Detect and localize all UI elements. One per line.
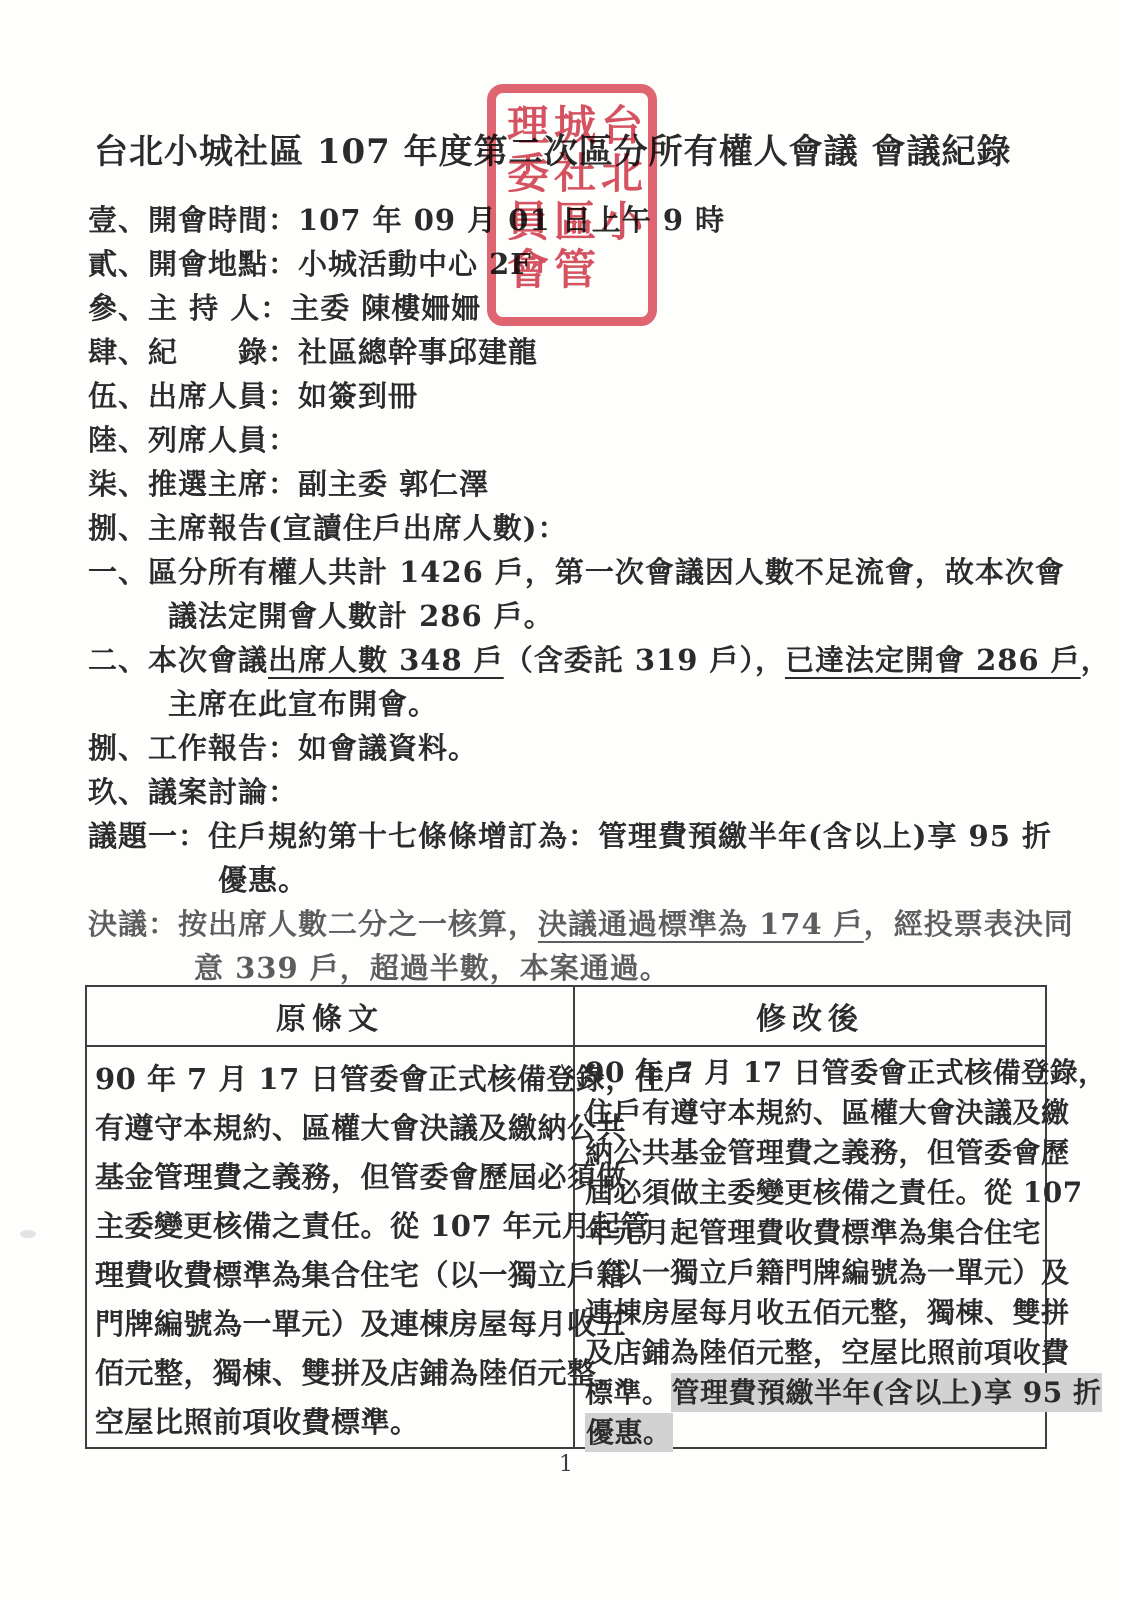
line-owner-count-1: 一、區分所有權人共計 1426 戶，第一次會議因人數不足流會，故本次會 (88, 550, 1063, 594)
line-chairperson: 參、主 持 人：主委 陳樓姍姍 (88, 286, 1063, 330)
line-owner-count-2: 議法定開會人數計 286 戶。 (88, 594, 1063, 638)
underlined-pass-threshold: 決議通過標準為 174 戶 (538, 907, 864, 941)
line-resolution-2: 意 339 戶，超過半數，本案通過。 (88, 946, 1063, 990)
line-attendance-2: 主席在此宣布開會。 (88, 682, 1063, 726)
underlined-attendance-count: 出席人數 348 戶 (268, 643, 504, 677)
line-with-highlight: 標準。管理費預繳半年(含以上)享 95 折 (585, 1373, 1107, 1413)
document-body: 壹、開會時間：107 年 09 月 01 日上午 9 時 貳、開會地點：小城活動… (88, 198, 1063, 990)
header-revised-clause: 修改後 (575, 987, 1045, 1045)
line-chair-report: 捌、主席報告(宣讀住戶出席人數)： (88, 506, 1063, 550)
line-proposal-discussion: 玖、議案討論： (88, 770, 1063, 814)
page-number: 1 (85, 1452, 1047, 1477)
underlined-case-passed: 本案通過 (520, 951, 640, 985)
line-elected-chair: 柒、推選主席：副主委 郭仁澤 (88, 462, 1063, 506)
line-observers: 陸、列席人員： (88, 418, 1063, 462)
highlighted-amendment-text: 管理費預繳半年(含以上)享 95 折 (671, 1373, 1103, 1412)
line-recorder: 肆、紀 錄：社區總幹事邱建龍 (88, 330, 1063, 374)
table-body-row: 90 年 7 月 17 日管委會正式核備登錄，住戶 有遵守本規約、區權大會決議及… (87, 1047, 1045, 1447)
line-work-report: 捌、工作報告：如會議資料。 (88, 726, 1063, 770)
line-topic1-1: 議題一：住戶規約第十七條條增訂為：管理費預繳半年(含以上)享 95 折 (88, 814, 1063, 858)
document-title: 台北小城社區 107 年度第二次區分所有權人會議 會議紀錄 (94, 124, 1074, 173)
underlined-quorum-met: 已達法定開會 286 戶 (785, 643, 1081, 677)
line-highlight-end: 優惠。 (585, 1413, 1107, 1453)
line-topic1-2: 優惠。 (88, 858, 1063, 902)
highlighted-amendment-text-2: 優惠。 (585, 1413, 673, 1452)
comparison-table: 原條文 修改後 90 年 7 月 17 日管委會正式核備登錄，住戶 有遵守本規約… (85, 985, 1047, 1449)
scan-artifact (20, 1230, 36, 1238)
table-header-row: 原條文 修改後 (87, 987, 1045, 1047)
cell-original-clause: 90 年 7 月 17 日管委會正式核備登錄，住戶 有遵守本規約、區權大會決議及… (87, 1047, 575, 1447)
line-resolution-1: 決議：按出席人數二分之一核算，決議通過標準為 174 戶，經投票表決同 (88, 902, 1063, 946)
document-page: 台北小城社區 107 年度第二次區分所有權人會議 會議紀錄 理委員會 城社區管 … (0, 0, 1131, 1600)
line-meeting-time: 壹、開會時間：107 年 09 月 01 日上午 9 時 (88, 198, 1063, 242)
cell-revised-clause: 90 年 7 月 17 日管委會正式核備登錄， 住戶有遵守本規約、區權大會決議及… (575, 1047, 1111, 1447)
line-attendees: 伍、出席人員：如簽到冊 (88, 374, 1063, 418)
header-original-clause: 原條文 (87, 987, 575, 1045)
line-meeting-place: 貳、開會地點：小城活動中心 2F (88, 242, 1063, 286)
line-attendance-1: 二、本次會議出席人數 348 戶（含委託 319 戶），已達法定開會 286 戶… (88, 638, 1063, 682)
